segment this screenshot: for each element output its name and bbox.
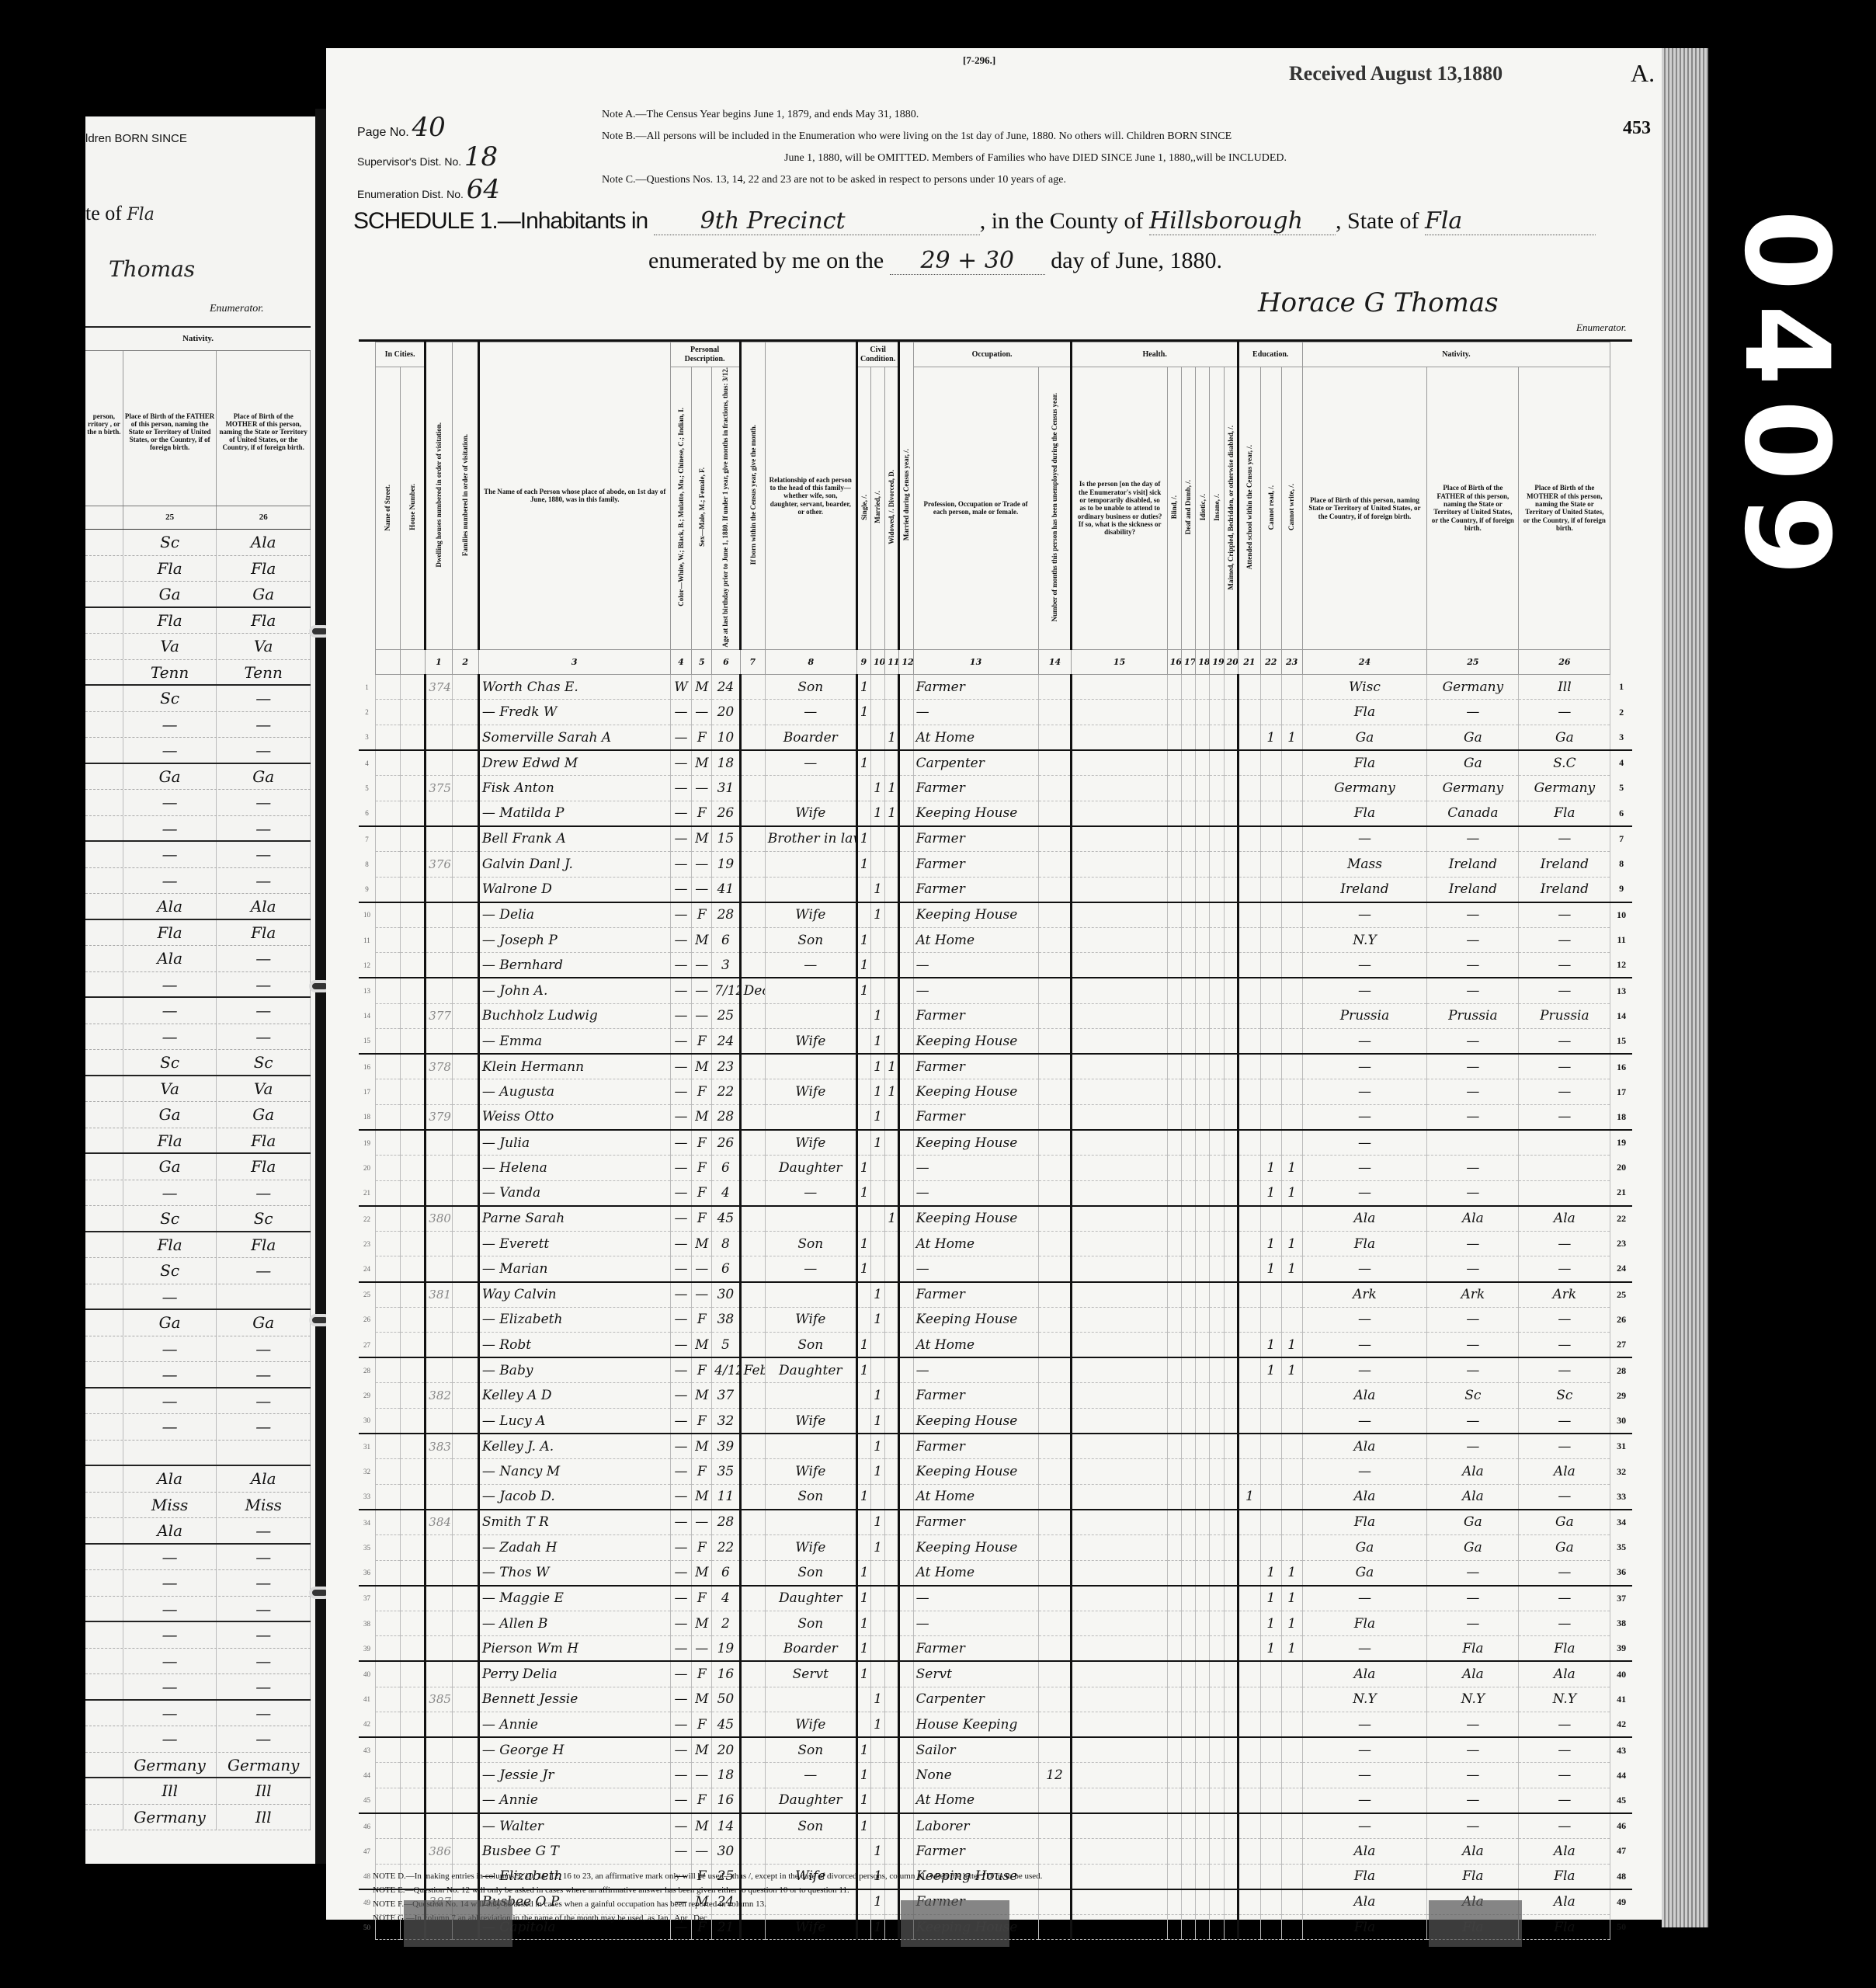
sex-cell: M	[692, 750, 712, 776]
mother-birthplace-cell: —	[1519, 1029, 1610, 1055]
age-cell: 4	[712, 1586, 740, 1611]
street-cell	[375, 1510, 400, 1535]
months-unemployed	[1038, 1839, 1072, 1865]
married-during-year-mark	[899, 1409, 913, 1434]
dwelling-number	[426, 1231, 452, 1256]
dwelling-number	[426, 1661, 452, 1687]
left-father-birthplace: —	[123, 712, 217, 738]
birth-month-cell	[740, 1054, 765, 1079]
left-mother-birthplace: —	[217, 998, 311, 1024]
blind-mark	[1167, 750, 1181, 776]
person-name: — Delia	[478, 902, 670, 928]
single-mark	[856, 902, 870, 928]
color-cell: —	[670, 1256, 692, 1282]
left-mother-birthplace: —	[217, 972, 311, 997]
note-e: NOTE E.—Question No. 12 will only be ask…	[373, 1883, 1537, 1897]
insane-mark	[1210, 1383, 1224, 1409]
column-number: 4	[670, 649, 692, 674]
sickness-cell	[1072, 1788, 1167, 1813]
right-line-number: 17	[1610, 1079, 1632, 1105]
left-nativity-group: Nativity.	[85, 328, 311, 351]
left-row: ——40	[85, 1545, 311, 1571]
cannot-write-mark	[1281, 776, 1302, 801]
idiotic-mark	[1196, 1763, 1210, 1788]
house-cell	[401, 1307, 426, 1333]
person-name: Weiss Otto	[478, 1104, 670, 1130]
cannot-read-mark	[1260, 1839, 1281, 1865]
idiotic-mark	[1196, 1282, 1210, 1308]
mother-birthplace-cell: —	[1519, 927, 1610, 953]
left-father-birthplace: —	[123, 868, 217, 894]
disabled-mark	[1224, 1712, 1238, 1738]
table-row: 21— Vanda—F4—1—11——21	[359, 1180, 1632, 1206]
single-mark	[856, 1434, 870, 1459]
dwelling-number	[426, 700, 452, 725]
family-number	[452, 1156, 478, 1181]
idiotic-mark	[1196, 1661, 1210, 1687]
right-line-number: 22	[1610, 1206, 1632, 1232]
father-birthplace-cell: —	[1427, 1813, 1519, 1839]
deaf-dumb-mark	[1181, 1484, 1195, 1510]
sex-cell: F	[692, 1712, 712, 1738]
married-during-year-mark	[899, 1156, 913, 1181]
left-mother-birthplace: Ill	[217, 1805, 311, 1830]
color-cell: W	[670, 674, 692, 700]
married-mark: 1	[870, 1307, 884, 1333]
father-birthplace-cell: —	[1427, 1434, 1519, 1459]
left-row: —30	[85, 1284, 311, 1311]
occupation-cell: Farmer	[913, 1839, 1038, 1865]
cannot-read-mark	[1260, 1434, 1281, 1459]
birthplace-cell: —	[1302, 1712, 1427, 1738]
person-name: — Vanda	[478, 1180, 670, 1206]
deaf-dumb-mark	[1181, 1333, 1195, 1358]
table-row: 27— Robt—M5Son1At Home11———27	[359, 1333, 1632, 1358]
months-unemployed	[1038, 1661, 1072, 1687]
attended-school-mark	[1238, 927, 1260, 953]
color-cell: —	[670, 1788, 692, 1813]
line-number: 15	[359, 1029, 375, 1055]
person-name: — Fredk W	[478, 700, 670, 725]
line-number: 17	[359, 1079, 375, 1105]
street-cell	[375, 750, 400, 776]
deaf-dumb-mark	[1181, 700, 1195, 725]
line-number: 40	[359, 1661, 375, 1687]
occupation-cell: At Home	[913, 725, 1038, 750]
left-mother-birthplace: Ala	[217, 894, 311, 919]
married-mark: 1	[870, 1434, 884, 1459]
right-line-number: 20	[1610, 1156, 1632, 1181]
insane-mark	[1210, 851, 1224, 877]
col13-header: Profession, Occupation or Trade of each …	[913, 367, 1038, 650]
cannot-write-mark	[1281, 1054, 1302, 1079]
relationship-cell	[765, 978, 856, 1003]
cannot-write-mark	[1281, 902, 1302, 928]
enumerated-days: 29 + 30	[890, 247, 1045, 275]
blind-mark	[1167, 1459, 1181, 1485]
sex-cell: F	[692, 902, 712, 928]
single-mark	[856, 1839, 870, 1865]
birth-month-cell	[740, 725, 765, 750]
dwelling-number	[426, 1333, 452, 1358]
line-number: 6	[359, 801, 375, 826]
widowed-mark	[885, 1813, 899, 1839]
father-birthplace-cell: Ga	[1427, 1510, 1519, 1535]
line-number: 22	[359, 1206, 375, 1232]
left-mother-birthplace: Fla	[217, 1154, 311, 1180]
sex-cell: M	[692, 1611, 712, 1636]
occupation-cell: Keeping House	[913, 1307, 1038, 1333]
family-number	[452, 1788, 478, 1813]
sex-cell: —	[692, 978, 712, 1003]
single-mark: 1	[856, 1611, 870, 1636]
age-cell: 6	[712, 927, 740, 953]
left-mother-birthplace: Va	[217, 1076, 311, 1102]
birth-month-cell	[740, 1636, 765, 1662]
birthplace-cell: —	[1302, 902, 1427, 928]
relationship-cell: Daughter	[765, 1156, 856, 1181]
supervisor-dist: Supervisor's Dist. No. 18	[357, 141, 498, 172]
birthplace-cell: Ala	[1302, 1434, 1427, 1459]
single-mark	[856, 1712, 870, 1738]
birth-month-cell	[740, 1839, 765, 1865]
widowed-mark	[885, 826, 899, 852]
line-number: 39	[359, 1636, 375, 1662]
left-mother-birthplace: —	[217, 686, 311, 711]
months-unemployed	[1038, 1054, 1072, 1079]
idiotic-mark	[1196, 1156, 1210, 1181]
sex-cell: F	[692, 1156, 712, 1181]
street-cell	[375, 877, 400, 902]
occupation-cell: Carpenter	[913, 1687, 1038, 1712]
street-cell	[375, 674, 400, 700]
age-cell: 45	[712, 1206, 740, 1232]
family-number	[452, 1510, 478, 1535]
relationship-cell: Boarder	[765, 1636, 856, 1662]
left-row: ——34	[85, 1388, 311, 1415]
right-line-number: 10	[1610, 902, 1632, 928]
insane-mark	[1210, 877, 1224, 902]
birthplace-cell: Fla	[1302, 700, 1427, 725]
married-during-year-mark	[899, 1459, 913, 1485]
cannot-write-mark	[1281, 826, 1302, 852]
married-mark	[870, 927, 884, 953]
left-mother-birthplace: Ga	[217, 582, 311, 606]
right-line-number: 39	[1610, 1636, 1632, 1662]
widowed-mark	[885, 1687, 899, 1712]
cannot-read-mark: 1	[1260, 1256, 1281, 1282]
table-row: 20— Helena—F6Daughter1—11——20	[359, 1156, 1632, 1181]
insane-mark	[1210, 1813, 1224, 1839]
idiotic-mark	[1196, 1560, 1210, 1586]
married-during-year-mark	[899, 1737, 913, 1763]
occupation-cell: Keeping House	[913, 1534, 1038, 1560]
idiotic-mark	[1196, 725, 1210, 750]
months-unemployed	[1038, 877, 1072, 902]
dwelling-number: 374	[426, 674, 452, 700]
group-nativity: Nativity.	[1302, 342, 1610, 367]
sickness-cell	[1072, 1206, 1167, 1232]
family-number	[452, 801, 478, 826]
deaf-dumb-mark	[1181, 1383, 1195, 1409]
supervisor-dist-value: 18	[464, 141, 498, 172]
widowed-mark	[885, 1029, 899, 1055]
house-cell	[401, 1383, 426, 1409]
deaf-dumb-mark	[1181, 1586, 1195, 1611]
disabled-mark	[1224, 1104, 1238, 1130]
months-unemployed	[1038, 1003, 1072, 1029]
sex-cell: F	[692, 1534, 712, 1560]
street-cell	[375, 1333, 400, 1358]
person-name: Somerville Sarah A	[478, 725, 670, 750]
house-cell	[401, 1484, 426, 1510]
family-number	[452, 1813, 478, 1839]
right-line-number: 14	[1610, 1003, 1632, 1029]
father-birthplace-cell: Prussia	[1427, 1003, 1519, 1029]
idiotic-mark	[1196, 1510, 1210, 1535]
occupation-cell: Farmer	[913, 826, 1038, 852]
col10-header: Married, /.	[870, 367, 884, 650]
blind-mark	[1167, 826, 1181, 852]
family-number	[452, 1611, 478, 1636]
father-birthplace-cell: —	[1427, 1307, 1519, 1333]
months-unemployed	[1038, 1409, 1072, 1434]
line-number: 20	[359, 1156, 375, 1181]
widowed-mark	[885, 1180, 899, 1206]
table-row: 26— Elizabeth—F38Wife1Keeping House———26	[359, 1307, 1632, 1333]
color-cell: —	[670, 1180, 692, 1206]
right-line-number: 16	[1610, 1054, 1632, 1079]
family-number	[452, 1256, 478, 1282]
blind-mark	[1167, 877, 1181, 902]
idiotic-mark	[1196, 1231, 1210, 1256]
disabled-mark	[1224, 750, 1238, 776]
disabled-mark	[1224, 1434, 1238, 1459]
col11-header: Widowed, /. Divorced, D.	[885, 367, 899, 650]
occupation-cell: —	[913, 1180, 1038, 1206]
relationship-cell: Brother in law	[765, 826, 856, 852]
blind-mark	[1167, 700, 1181, 725]
married-during-year-mark	[899, 978, 913, 1003]
relationship-cell	[765, 1003, 856, 1029]
attended-school-mark	[1238, 1813, 1260, 1839]
father-birthplace-cell: —	[1427, 1712, 1519, 1738]
color-cell: —	[670, 1534, 692, 1560]
married-during-year-mark	[899, 1206, 913, 1232]
family-number	[452, 1839, 478, 1865]
single-mark: 1	[856, 1763, 870, 1788]
occupation-cell: Farmer	[913, 1636, 1038, 1662]
dwelling-number: 386	[426, 1839, 452, 1865]
line-number: 7	[359, 826, 375, 852]
attended-school-mark: 1	[1238, 1484, 1260, 1510]
dwelling-number: 384	[426, 1510, 452, 1535]
enumerated-line: enumerated by me on the 29 + 30 day of J…	[648, 247, 1222, 275]
street-cell	[375, 1737, 400, 1763]
widowed-mark	[885, 1737, 899, 1763]
left-col25-header: Place of Birth of the FATHER of this per…	[123, 351, 217, 506]
deaf-dumb-mark	[1181, 1231, 1195, 1256]
column-number: 23	[1281, 649, 1302, 674]
disabled-mark	[1224, 674, 1238, 700]
dwelling-number: 379	[426, 1104, 452, 1130]
table-row: 34384Smith T R——281FarmerFlaGaGa34	[359, 1510, 1632, 1535]
cannot-read-mark: 1	[1260, 1357, 1281, 1383]
dwelling-number	[426, 1256, 452, 1282]
col24-header: Place of Birth of this person, naming St…	[1302, 367, 1427, 650]
house-cell	[401, 1180, 426, 1206]
single-mark	[856, 1383, 870, 1409]
birth-month-cell	[740, 674, 765, 700]
left-nativity-table: Nativity. person, rritory , or the n bir…	[85, 326, 311, 1830]
person-name: — Marian	[478, 1256, 670, 1282]
cannot-read-mark	[1260, 927, 1281, 953]
left-mother-birthplace: —	[217, 1674, 311, 1699]
disabled-mark	[1224, 1357, 1238, 1383]
left-mother-birthplace: Fla	[217, 608, 311, 634]
relationship-cell: Daughter	[765, 1586, 856, 1611]
family-number	[452, 725, 478, 750]
married-during-year-mark	[899, 851, 913, 877]
street-cell	[375, 1231, 400, 1256]
single-mark: 1	[856, 1333, 870, 1358]
right-line-number: 40	[1610, 1661, 1632, 1687]
person-name: Kelley A D	[478, 1383, 670, 1409]
months-unemployed	[1038, 1712, 1072, 1738]
right-line-number: 15	[1610, 1029, 1632, 1055]
relationship-cell: Wife	[765, 801, 856, 826]
disabled-mark	[1224, 1763, 1238, 1788]
disabled-mark	[1224, 1788, 1238, 1813]
table-row: 36— Thos W—M6Son1At Home11Ga——36	[359, 1560, 1632, 1586]
single-mark: 1	[856, 1737, 870, 1763]
left-mother-birthplace: Ga	[217, 1102, 311, 1128]
age-cell: 16	[712, 1661, 740, 1687]
table-row: 44— Jessie Jr——18—1None12———44	[359, 1763, 1632, 1788]
left-mother-birthplace: Va	[217, 634, 311, 659]
dwelling-number	[426, 1636, 452, 1662]
census-page: Page No. 40 Supervisor's Dist. No. 18 En…	[326, 48, 1662, 1920]
house-cell	[401, 851, 426, 877]
age-cell: 32	[712, 1409, 740, 1434]
right-line-number: 38	[1610, 1611, 1632, 1636]
enumeration-dist: Enumeration Dist. No. 64	[357, 174, 500, 205]
left-row: ——47	[85, 1726, 311, 1753]
disabled-mark	[1224, 1560, 1238, 1586]
blind-mark	[1167, 1079, 1181, 1105]
single-mark: 1	[856, 1788, 870, 1813]
cannot-read-mark: 1	[1260, 725, 1281, 750]
house-cell	[401, 1333, 426, 1358]
occupation-cell: Keeping House	[913, 1130, 1038, 1156]
left-mother-birthplace: Fla	[217, 1232, 311, 1258]
right-line-number: 29	[1610, 1383, 1632, 1409]
birthplace-cell: Ala	[1302, 1383, 1427, 1409]
left-father-birthplace: Tenn	[123, 660, 217, 685]
married-mark: 1	[870, 1130, 884, 1156]
cannot-read-mark	[1260, 1737, 1281, 1763]
blind-mark	[1167, 927, 1181, 953]
table-row: 13— John A.——7/12Dec1————13	[359, 978, 1632, 1003]
single-mark: 1	[856, 927, 870, 953]
house-cell	[401, 1687, 426, 1712]
disabled-mark	[1224, 877, 1238, 902]
person-name: — Annie	[478, 1712, 670, 1738]
attended-school-mark	[1238, 1029, 1260, 1055]
left-row: FlaFla16	[85, 920, 311, 947]
widowed-mark	[885, 902, 899, 928]
married-mark	[870, 1180, 884, 1206]
col26-header: Place of Birth of the MOTHER of this per…	[1519, 367, 1610, 650]
sex-cell: M	[692, 826, 712, 852]
occupation-cell: Keeping House	[913, 801, 1038, 826]
left-row: Ala—39	[85, 1518, 311, 1545]
months-unemployed	[1038, 1560, 1072, 1586]
birthplace-cell: Ireland	[1302, 877, 1427, 902]
left-row: ——32	[85, 1336, 311, 1363]
married-mark: 1	[870, 1104, 884, 1130]
column-number-row: 1234567891011121314151617181920212223242…	[359, 649, 1632, 674]
dwelling-number	[426, 1307, 452, 1333]
birthplace-cell: N.Y	[1302, 1687, 1427, 1712]
single-mark	[856, 1206, 870, 1232]
right-line-number: 27	[1610, 1333, 1632, 1358]
left-colnum: 25	[123, 506, 217, 529]
attended-school-mark	[1238, 826, 1260, 852]
widowed-mark	[885, 978, 899, 1003]
house-cell	[401, 674, 426, 700]
disabled-mark	[1224, 1839, 1238, 1865]
relationship-cell: Wife	[765, 1029, 856, 1055]
color-cell: —	[670, 1206, 692, 1232]
blind-mark	[1167, 1104, 1181, 1130]
married-mark: 1	[870, 877, 884, 902]
cannot-read-mark	[1260, 1130, 1281, 1156]
widowed-mark	[885, 1333, 899, 1358]
cannot-read-mark: 1	[1260, 1611, 1281, 1636]
sickness-cell	[1072, 851, 1167, 877]
right-line-number: 50	[1610, 1914, 1632, 1940]
table-row: 2— Fredk W——20—1—Fla——2	[359, 700, 1632, 725]
attended-school-mark	[1238, 953, 1260, 978]
widowed-mark	[885, 1788, 899, 1813]
table-row: 30— Lucy A—F32Wife1Keeping House———30	[359, 1409, 1632, 1434]
cannot-write-mark	[1281, 1029, 1302, 1055]
birthplace-cell: —	[1302, 1357, 1427, 1383]
disabled-mark	[1224, 1661, 1238, 1687]
cannot-read-mark: 1	[1260, 1231, 1281, 1256]
family-number	[452, 1687, 478, 1712]
street-cell	[375, 1434, 400, 1459]
single-mark: 1	[856, 674, 870, 700]
disabled-mark	[1224, 1231, 1238, 1256]
months-unemployed	[1038, 1156, 1072, 1181]
widowed-mark	[885, 700, 899, 725]
birthplace-cell: Ala	[1302, 1484, 1427, 1510]
father-birthplace-cell: Ga	[1427, 725, 1519, 750]
blind-mark	[1167, 1282, 1181, 1308]
street-cell	[375, 953, 400, 978]
age-cell: 19	[712, 1636, 740, 1662]
disabled-mark	[1224, 1180, 1238, 1206]
left-page-fragment: ldren BORN SINCE te of Fla Thomas Enumer…	[85, 116, 318, 1864]
left-father-birthplace: Germany	[123, 1805, 217, 1830]
dwelling-number	[426, 801, 452, 826]
married-mark: 1	[870, 1383, 884, 1409]
film-frame-number: 0409	[1720, 210, 1852, 326]
father-birthplace-cell: —	[1427, 902, 1519, 928]
widowed-mark	[885, 1383, 899, 1409]
